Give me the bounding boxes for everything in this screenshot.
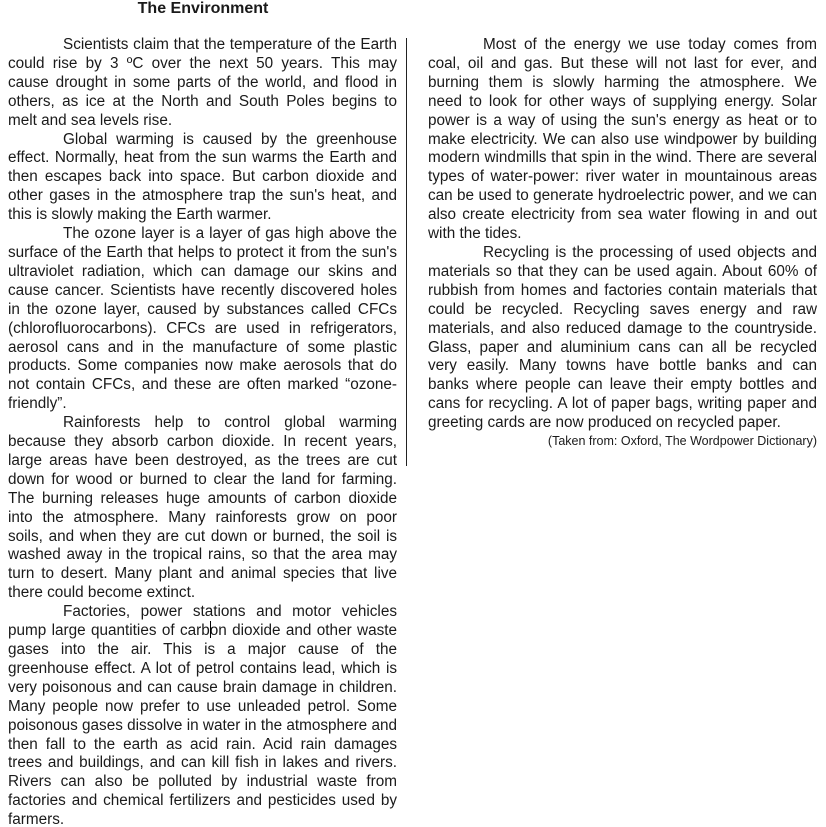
paragraph-energy[interactable]: Most of the energy we use today comes fr… (428, 36, 817, 244)
source-citation: (Taken from: Oxford, The Wordpower Dicti… (428, 433, 817, 450)
paragraph-recycling[interactable]: Recycling is the processing of used obje… (428, 244, 817, 433)
paragraph-temperature[interactable]: Scientists claim that the temperature of… (8, 36, 397, 131)
text-cursor (210, 621, 211, 638)
paragraph-ozone-layer[interactable]: The ozone layer is a layer of gas high a… (8, 225, 397, 414)
document-title: The Environment (0, 0, 406, 18)
paragraph-rainforests[interactable]: Rainforests help to control global warmi… (8, 414, 397, 603)
right-column: Most of the energy we use today comes fr… (428, 36, 817, 450)
left-column: Scientists claim that the temperature of… (8, 36, 397, 827)
paragraph-global-warming[interactable]: Global warming is caused by the greenhou… (8, 131, 397, 226)
column-divider (406, 38, 407, 466)
paragraph-pollution[interactable]: Factories, power stations and motor vehi… (8, 603, 397, 827)
